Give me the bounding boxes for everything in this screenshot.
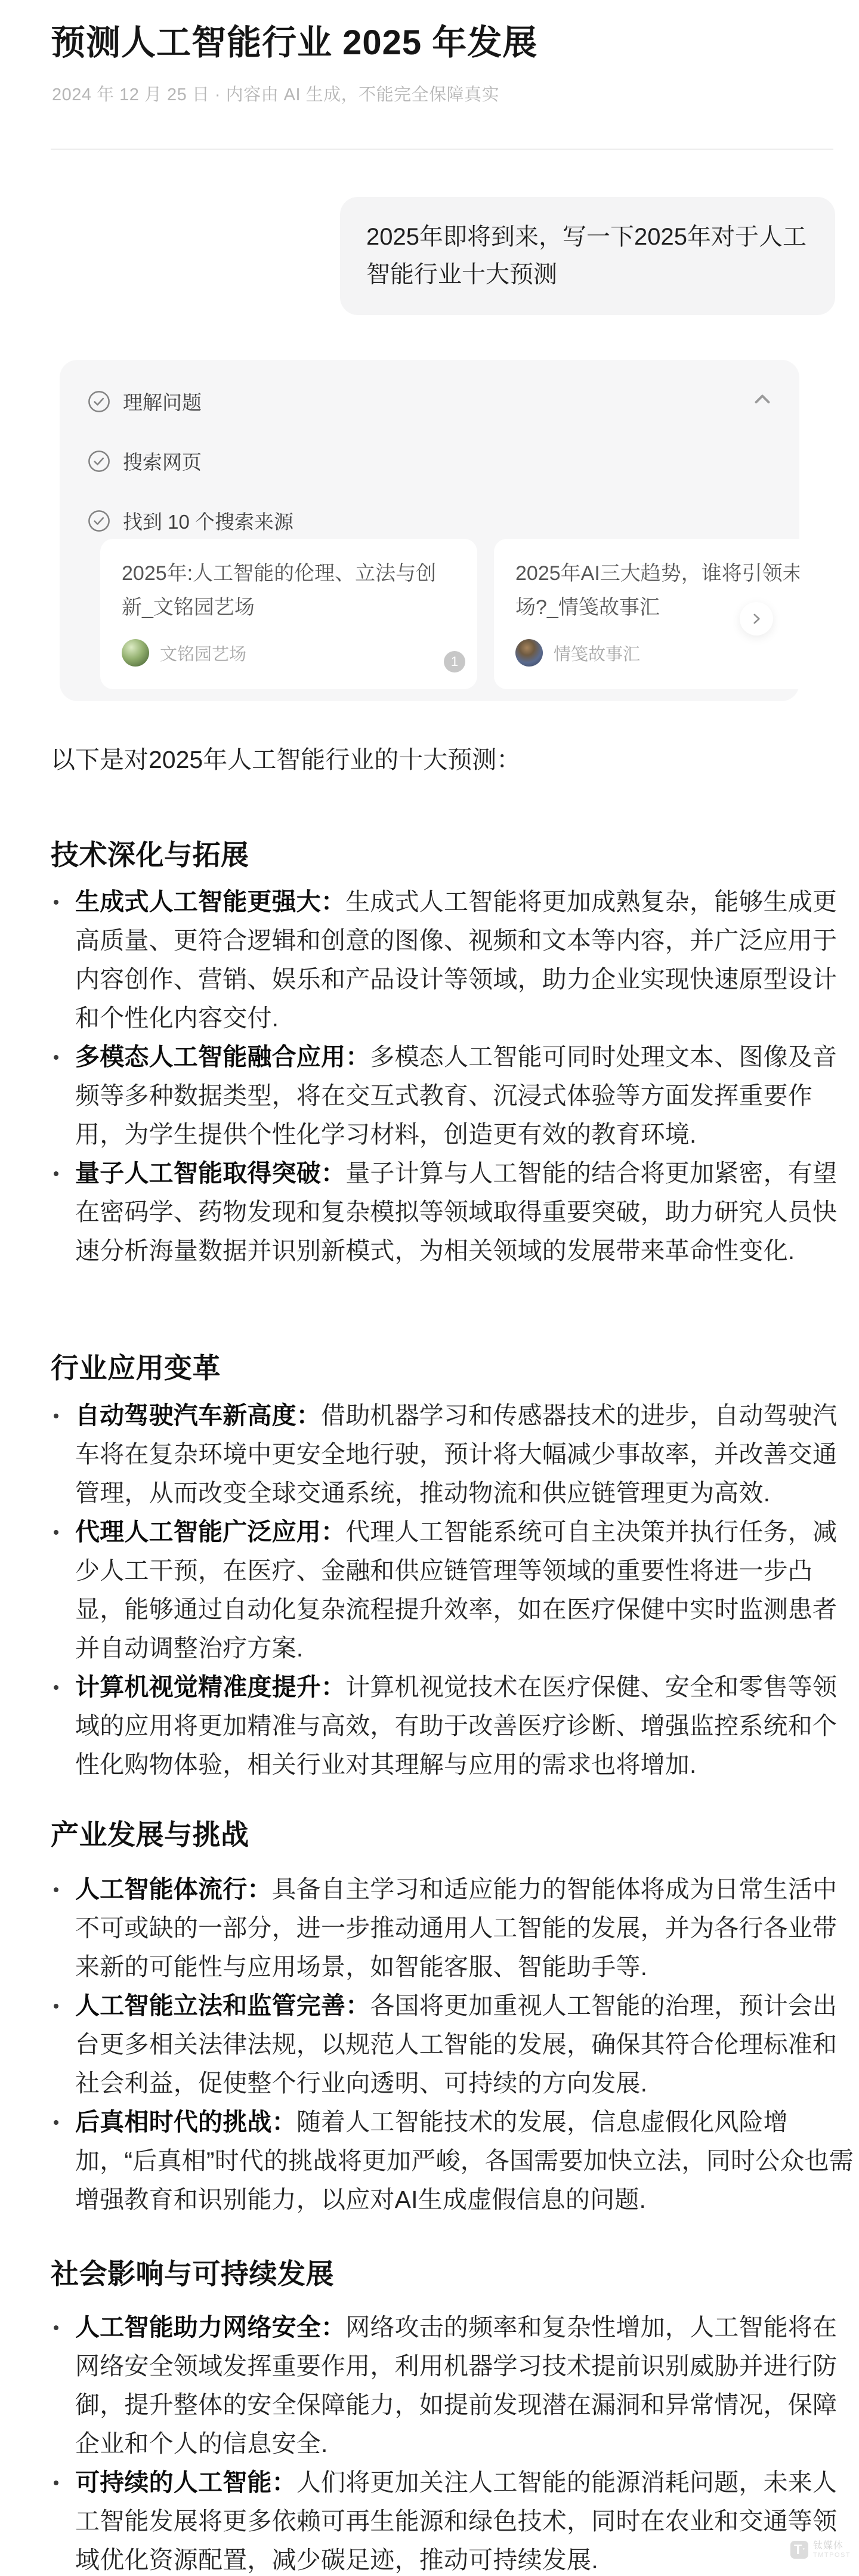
- tmtpost-watermark: T° 钛媒体 TMTPOST: [790, 2541, 851, 2559]
- prediction-lead: 生成式人工智能更强大：: [75, 888, 345, 915]
- source-card[interactable]: 2025年:人工智能的伦理、立法与创新_文铭园艺场 文铭园艺场 1: [100, 539, 477, 689]
- section-heading-industry: 行业应用变革: [51, 1346, 221, 1386]
- sources-next-button[interactable]: [740, 602, 773, 635]
- prediction-item: 可持续的人工智能：人们将更加关注人工智能的能源消耗问题，未来人工智能发展将更多依…: [75, 2463, 858, 2576]
- check-circle-icon: [87, 449, 111, 473]
- prediction-list: 自动驾驶汽车新高度：借助机器学习和传感器技术的进步，自动驾驶汽车将在复杂环境中更…: [75, 1396, 858, 1784]
- bullet-dot-icon: [54, 1171, 58, 1176]
- process-step-sources-found: 找到 10 个搜索来源: [87, 507, 293, 535]
- prediction-lead: 人工智能体流行：: [75, 1875, 272, 1903]
- prediction-item: 人工智能体流行：具备自主学习和适应能力的智能体将成为日常生活中不可或缺的一部分，…: [75, 1870, 858, 1986]
- bullet-dot-icon: [54, 1530, 58, 1535]
- page-meta: 2024 年 12 月 25 日 · 内容由 AI 生成，不能完全保障真实: [52, 81, 499, 106]
- page-title: 预测人工智能行业 2025 年发展: [51, 14, 537, 64]
- bullet-dot-icon: [54, 2004, 58, 2009]
- header-divider: [51, 149, 833, 150]
- source-avatar: [515, 639, 543, 667]
- prediction-lead: 自动驾驶汽车新高度：: [75, 1402, 321, 1429]
- source-site-name: 情笺故事汇: [554, 641, 640, 665]
- source-count-badge: 1: [444, 651, 465, 672]
- prediction-item: 人工智能助力网络安全：网络攻击的频率和复杂性增加，人工智能将在网络安全领域发挥重…: [75, 2308, 858, 2463]
- prediction-list: 人工智能体流行：具备自主学习和适应能力的智能体将成为日常生活中不可或缺的一部分，…: [75, 1870, 858, 2219]
- chevron-up-icon: [752, 390, 773, 408]
- search-process-panel[interactable]: 理解问题 搜索网页 找到 10 个搜索来源 2025年:人工智能的伦理、立法与创…: [60, 360, 799, 701]
- collapse-panel-button[interactable]: [749, 388, 775, 410]
- chevron-right-icon: [749, 611, 764, 627]
- check-circle-icon: [87, 509, 111, 533]
- prediction-lead: 可持续的人工智能：: [75, 2469, 296, 2496]
- bullet-dot-icon: [54, 1414, 58, 1418]
- prediction-item: 多模态人工智能融合应用：多模态人工智能可同时处理文本、图像及音频等多种数据类型，…: [75, 1038, 858, 1154]
- prediction-lead: 多模态人工智能融合应用：: [75, 1043, 370, 1070]
- check-circle-icon: [87, 390, 111, 414]
- prediction-lead: 量子人工智能取得突破：: [75, 1159, 345, 1187]
- prediction-item: 量子人工智能取得突破：量子计算与人工智能的结合将更加紧密，有望在密码学、药物发现…: [75, 1154, 858, 1270]
- source-title: 2025年:人工智能的伦理、立法与创新_文铭园艺场: [122, 557, 456, 625]
- source-site-name: 文铭园艺场: [160, 641, 246, 665]
- prediction-list: 生成式人工智能更强大：生成式人工智能将更加成熟复杂，能够生成更高质量、更符合逻辑…: [75, 883, 858, 1270]
- bullet-dot-icon: [54, 1685, 58, 1690]
- source-avatar: [122, 639, 149, 667]
- prediction-item: 计算机视觉精准度提升：计算机视觉技术在医疗保健、安全和零售等领域的应用将更加精准…: [75, 1668, 858, 1784]
- bullet-dot-icon: [54, 2120, 58, 2125]
- section-heading-development: 产业发展与挑战: [51, 1813, 249, 1853]
- section-heading-society: 社会影响与可持续发展: [51, 2252, 334, 2292]
- prediction-item: 人工智能立法和监管完善：各国将更加重视人工智能的治理，预计会出台更多相关法律法规…: [75, 1986, 858, 2103]
- process-step-search: 搜索网页: [87, 447, 202, 475]
- bullet-dot-icon: [54, 1055, 58, 1060]
- process-step-understand: 理解问题: [87, 387, 202, 415]
- process-step-label: 搜索网页: [123, 447, 202, 475]
- prediction-lead: 人工智能立法和监管完善：: [75, 1992, 370, 2019]
- article-page: 预测人工智能行业 2025 年发展 2024 年 12 月 25 日 · 内容由…: [0, 0, 859, 2576]
- watermark-cn-label: 钛媒体: [813, 2541, 851, 2552]
- process-step-label: 找到 10 个搜索来源: [123, 507, 293, 535]
- user-query-bubble: 2025年即将到来，写一下2025年对于人工智能行业十大预测: [340, 197, 835, 315]
- watermark-en-label: TMTPOST: [813, 2552, 851, 2559]
- section-heading-tech: 技术深化与拓展: [51, 833, 249, 873]
- prediction-lead: 代理人工智能广泛应用：: [75, 1518, 345, 1545]
- prediction-item: 代理人工智能广泛应用：代理人工智能系统可自主决策并执行任务，减少人工干预，在医疗…: [75, 1513, 858, 1668]
- tmtpost-logo-icon: T°: [790, 2541, 808, 2559]
- prediction-lead: 计算机视觉精准度提升：: [75, 1673, 345, 1701]
- bullet-dot-icon: [54, 1887, 58, 1892]
- source-card-list: 2025年:人工智能的伦理、立法与创新_文铭园艺场 文铭园艺场 1 2025年A…: [100, 539, 799, 690]
- bullet-dot-icon: [54, 900, 58, 905]
- bullet-dot-icon: [54, 2481, 58, 2485]
- prediction-list: 人工智能助力网络安全：网络攻击的频率和复杂性增加，人工智能将在网络安全领域发挥重…: [75, 2308, 858, 2576]
- process-step-label: 理解问题: [123, 387, 202, 415]
- prediction-item: 自动驾驶汽车新高度：借助机器学习和传感器技术的进步，自动驾驶汽车将在复杂环境中更…: [75, 1396, 858, 1513]
- prediction-item: 生成式人工智能更强大：生成式人工智能将更加成熟复杂，能够生成更高质量、更符合逻辑…: [75, 883, 858, 1038]
- prediction-lead: 人工智能助力网络安全：: [75, 2313, 345, 2341]
- bullet-dot-icon: [54, 2325, 58, 2330]
- prediction-item: 后真相时代的挑战：随着人工智能技术的发展，信息虚假化风险增加，“后真相”时代的挑…: [75, 2103, 858, 2219]
- prediction-lead: 后真相时代的挑战：: [75, 2108, 296, 2136]
- answer-intro: 以下是对2025年人工智能行业的十大预测：: [51, 740, 832, 775]
